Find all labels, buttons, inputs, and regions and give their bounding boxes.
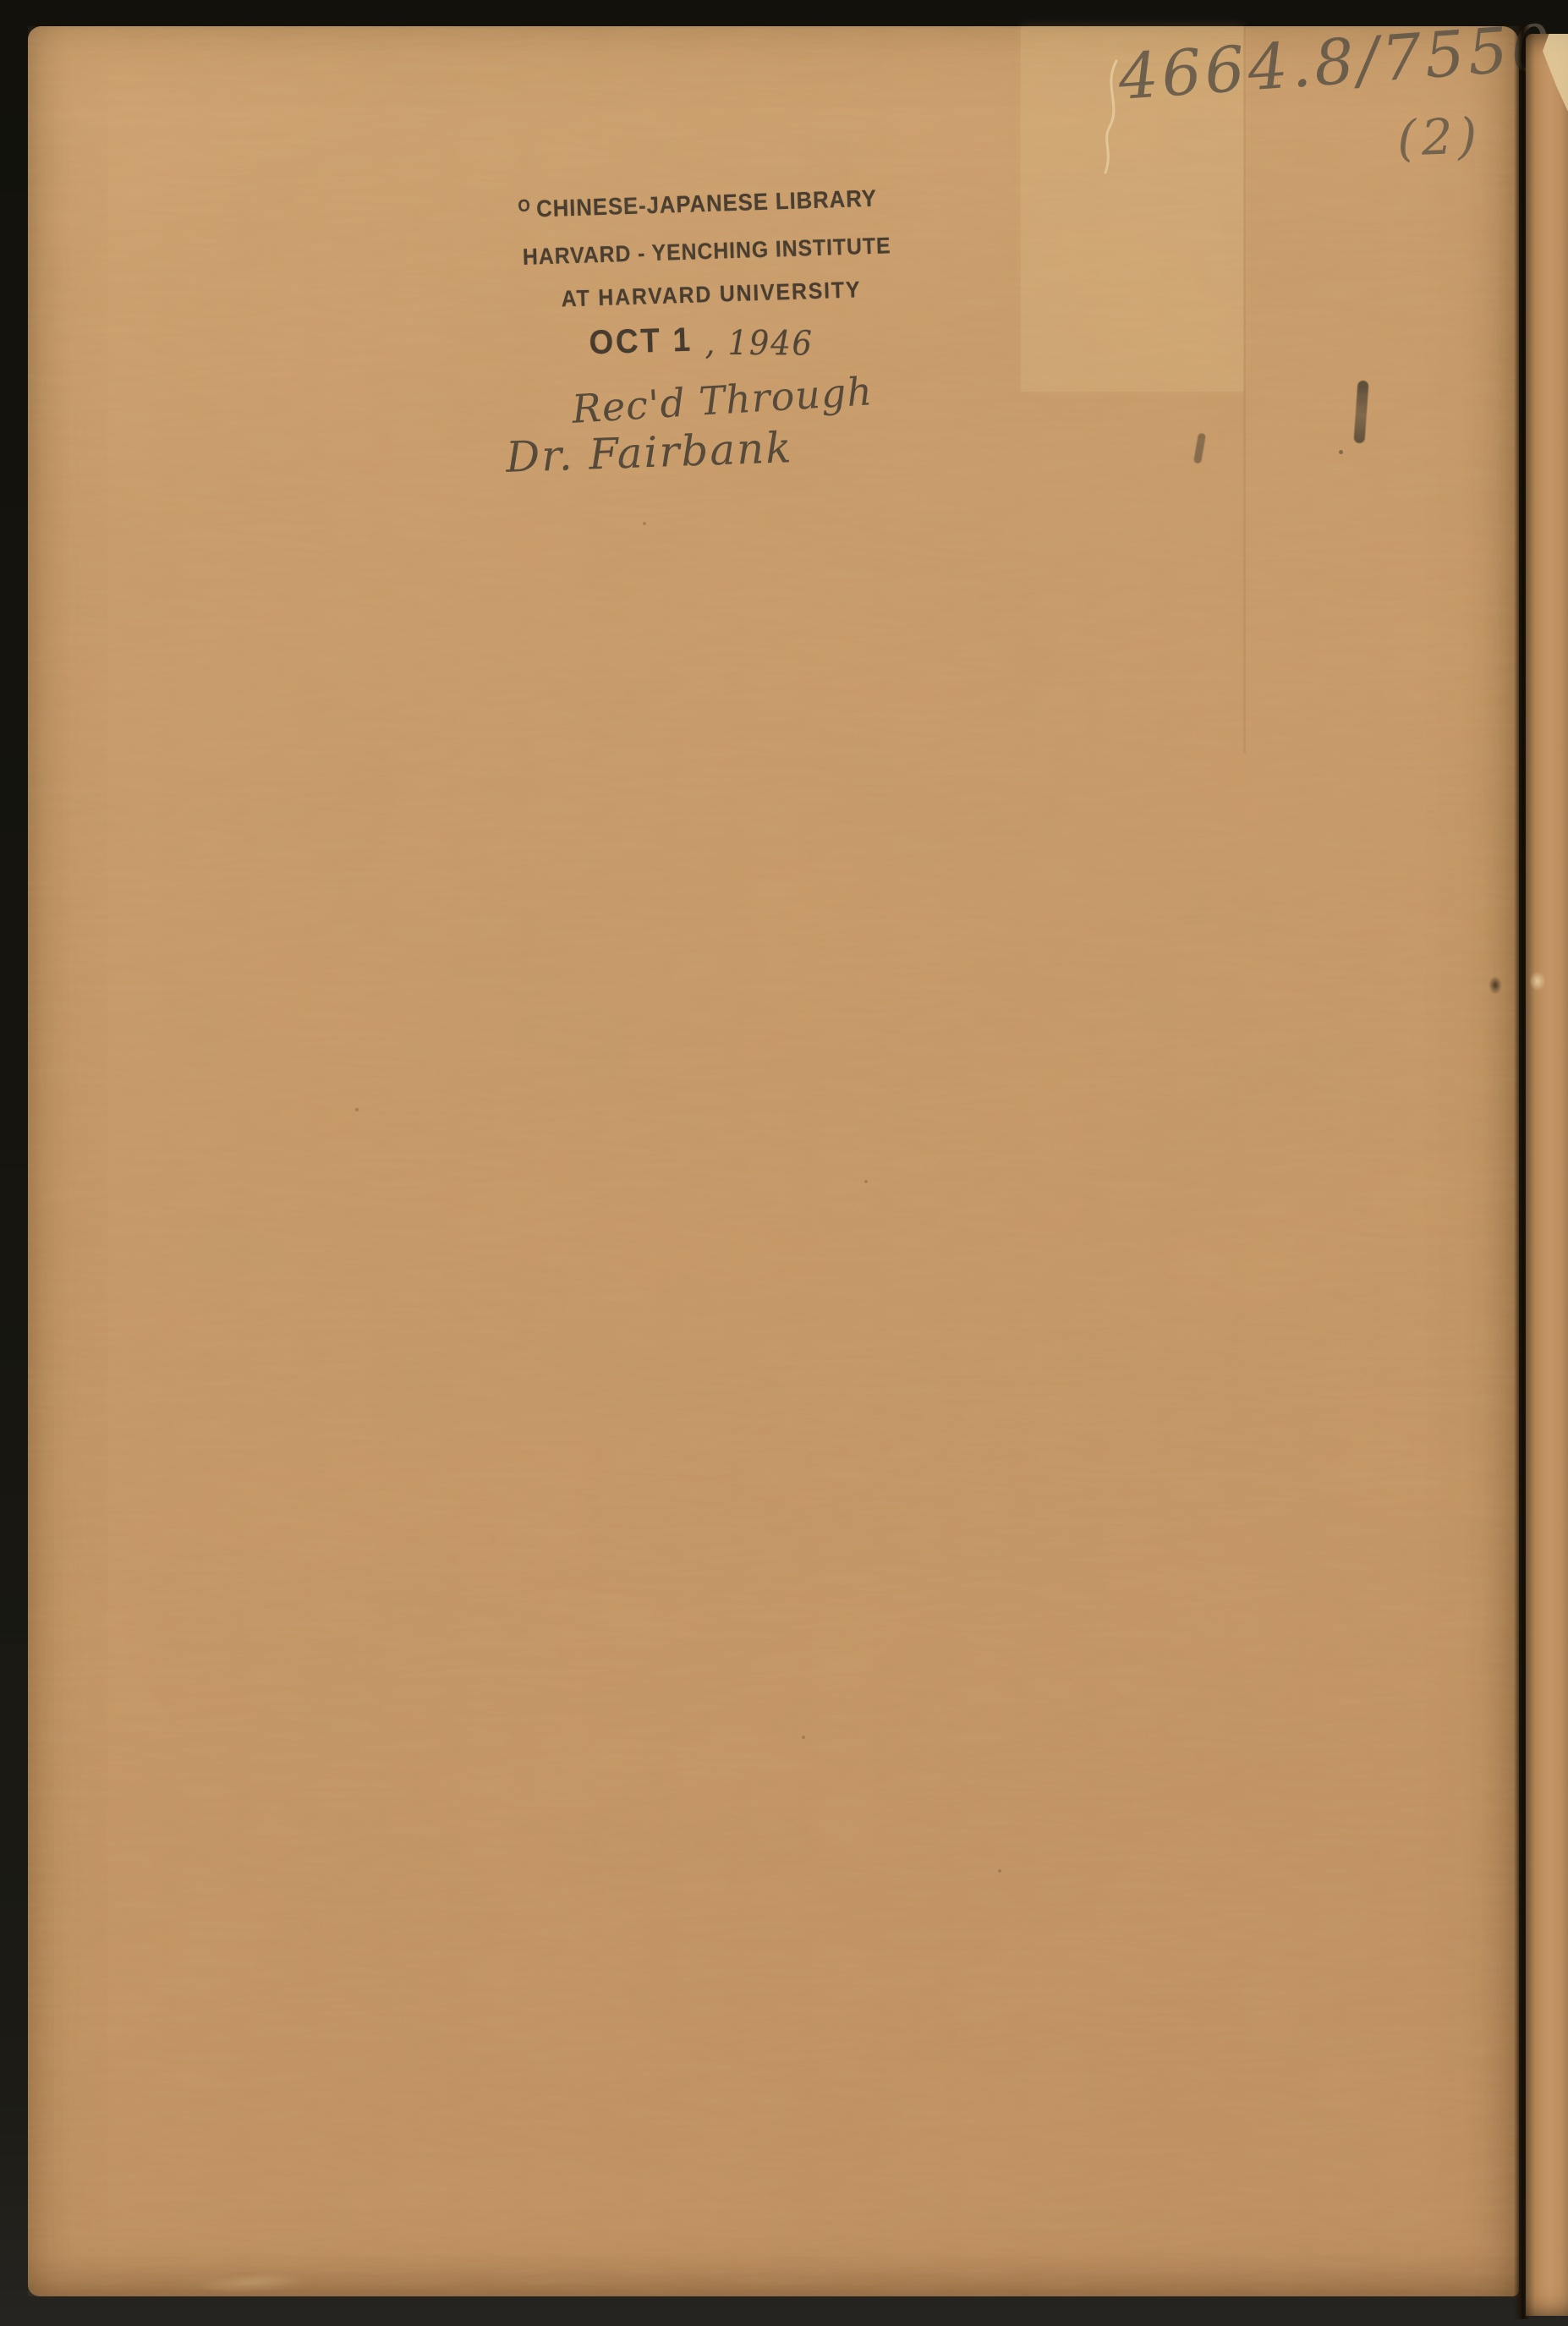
library-stamp: OCHINESE-JAPANESE LIBRARY HARVARD - YENC… [518,184,880,364]
stamp-line-2: HARVARD - YENCHING INSTITUTE [522,233,877,272]
handwritten-date: , 1946 [705,325,813,363]
fold-line [1243,26,1246,754]
next-page-edge [1526,34,1568,2316]
paper-speck [864,1180,868,1183]
photo-background: OCHINESE-JAPANESE LIBRARY HARVARD - YENC… [0,0,1568,2326]
surface-scratch [1091,59,1142,178]
graphite-dot [1339,450,1343,454]
paper-speck [355,1108,359,1111]
paper-speck [802,1736,805,1739]
stamp-line-3: AT HARVARD UNIVERSITY [561,276,879,314]
paper-speck [998,1869,1001,1873]
pencil-stroke-small [1193,432,1206,464]
wormhole-highlight [1529,971,1546,991]
stamp-line-1-text: CHINESE-JAPANESE LIBRARY [536,185,878,222]
paper-texture [1526,34,1568,2316]
book-page: OCHINESE-JAPANESE LIBRARY HARVARD - YENC… [28,26,1519,2296]
paper-texture [28,26,1519,2296]
received-note-line-1: Rec'd Through [571,368,874,432]
torn-corner [1543,34,1568,112]
received-note-line-2: Dr. Fairbank [505,423,793,482]
pencil-stroke [1353,381,1368,444]
bottom-crease [194,2269,304,2296]
wormhole [1489,976,1502,995]
stamp-line-1: OCHINESE-JAPANESE LIBRARY [518,184,876,227]
paper-speck [643,522,646,525]
copy-number: (2) [1396,107,1483,167]
stamp-prefix-mark: O [518,192,531,221]
date-stamp: OCT 1 [589,321,693,362]
date-stamp-row: OCT 1, 1946 [589,315,880,362]
